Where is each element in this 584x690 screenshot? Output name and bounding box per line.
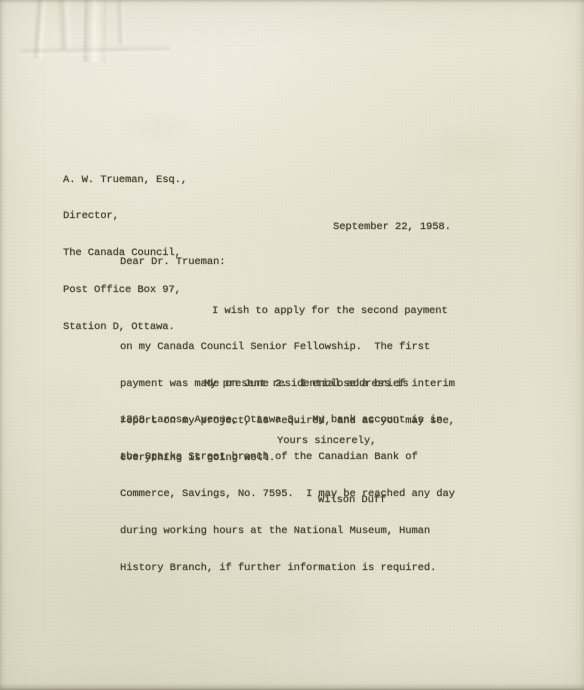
- scanned-letter-page: A. W. Trueman, Esq., Director, The Canad…: [0, 0, 584, 690]
- crease-line: [57, 0, 74, 50]
- address-line: A. W. Trueman, Esq.,: [63, 174, 187, 186]
- date-line: September 22, 1958.: [333, 221, 451, 233]
- paragraph-line: during working hours at the National Mus…: [120, 525, 455, 537]
- crease-line: [32, 0, 48, 58]
- paragraph-line: Commerce, Savings, No. 7595. I may be re…: [120, 488, 455, 500]
- crease-line: [115, 0, 127, 44]
- paragraph-line: on my Canada Council Senior Fellowship. …: [120, 341, 455, 353]
- paragraph-line: the Sparks Street branch of the Canadian…: [120, 451, 455, 463]
- crease-line: [83, 0, 106, 62]
- closing: Yours sincerely,: [277, 435, 376, 447]
- signature-name: Wilson Duff: [318, 494, 386, 506]
- paragraph-line: My present residential address is: [120, 378, 455, 390]
- salutation: Dear Dr. Trueman:: [120, 256, 225, 268]
- body-paragraph: My present residential address is 1368 L…: [120, 353, 455, 599]
- address-line: Director,: [63, 210, 187, 222]
- paragraph-line: I wish to apply for the second payment: [120, 305, 455, 317]
- paragraph-line: History Branch, if further information i…: [120, 562, 455, 574]
- paragraph-line: 1368 Larose Avenue, Ottawa 3. My bank ac…: [120, 414, 455, 426]
- crease-line: [20, 45, 170, 58]
